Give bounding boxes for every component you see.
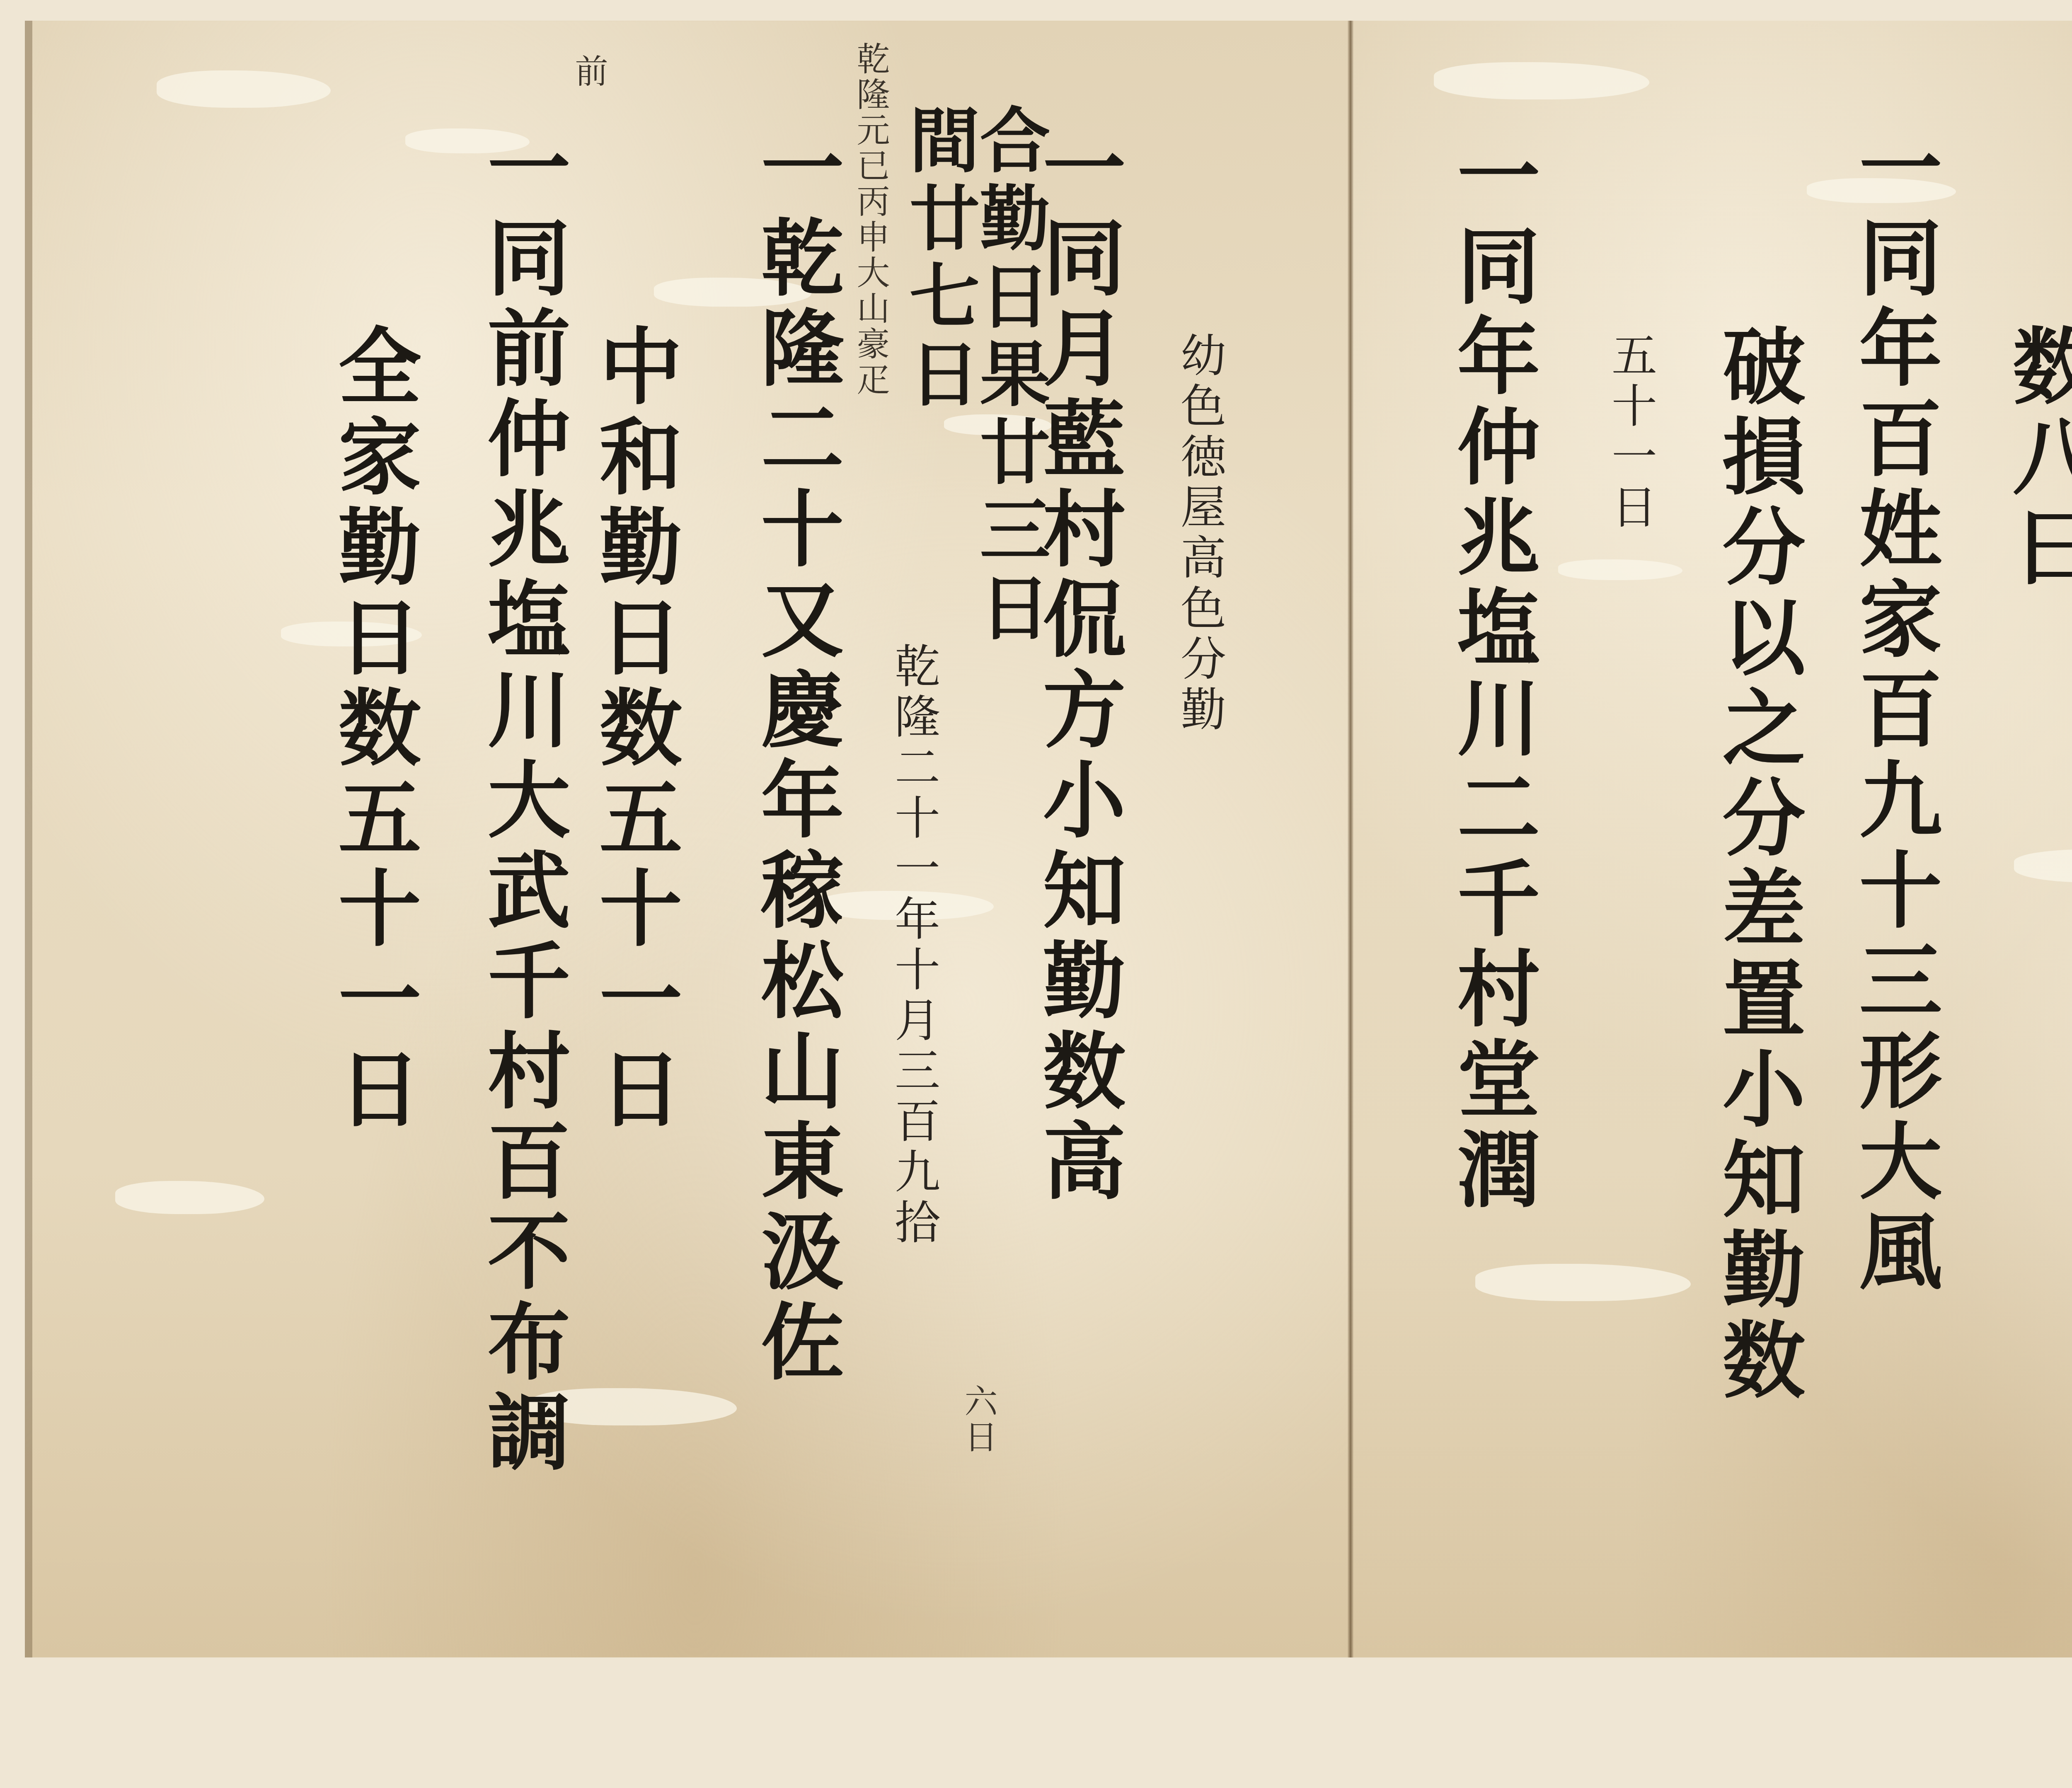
text-column: 中和勤日数五十一日	[593, 323, 675, 1235]
left-page	[25, 21, 1358, 1657]
book-gutter	[1348, 21, 1353, 1657]
paper-flake	[2014, 849, 2072, 883]
text-column: 破損分以之分差置小知勤数	[1716, 323, 1798, 1691]
text-column: 乾隆元已丙申大山豪疋	[854, 41, 887, 746]
text-column: 一同年仲兆塩川二千村堂潤	[1450, 133, 1533, 1541]
text-column: 数八日	[2006, 323, 2072, 696]
text-column: 五十一日	[1608, 331, 1653, 704]
text-column: 幼色徳屋高色分勤	[1177, 331, 1222, 1533]
text-column: 全家勤日数五十一日	[332, 323, 414, 1276]
paper-flake	[1434, 62, 1649, 99]
text-column: 合勤日果廿三日間廿七日	[903, 104, 1044, 725]
text-column: 一同前仲兆塩川大武千村百不布調	[481, 124, 564, 1657]
paper-flake	[157, 70, 331, 108]
text-column: 前	[572, 54, 605, 178]
text-column: 乾隆二十一年十月三百九拾	[891, 642, 937, 1471]
text-column: 一同年百姓家百九十三形大風	[1852, 124, 1935, 1657]
margin-note: 六日	[961, 1384, 995, 1475]
paper-flake	[115, 1181, 264, 1214]
text-column: 一乾隆二十又慶年稼松山東汲佐	[754, 124, 837, 1699]
